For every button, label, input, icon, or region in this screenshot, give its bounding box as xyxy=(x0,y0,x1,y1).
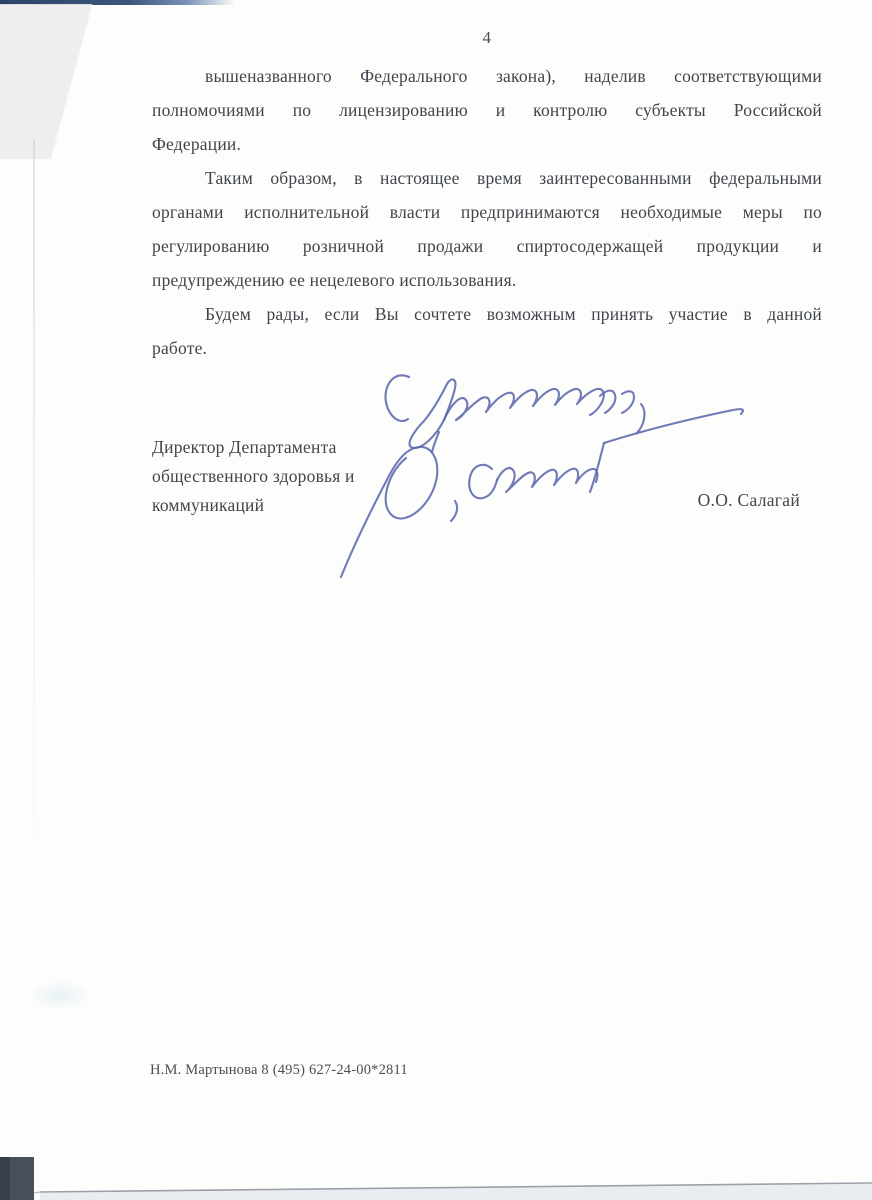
text-line: регулированию розничной продажи спиртосо… xyxy=(152,229,822,263)
scan-artifact-left-edge xyxy=(33,140,35,900)
letter-body: вышеназванного Федерального закона), над… xyxy=(152,59,822,365)
text-line: Федерации. xyxy=(152,127,822,161)
scanned-letter-page: 4 вышеназванного Федерального закона), н… xyxy=(0,0,872,1200)
text-line: вышеназванного Федерального закона), над… xyxy=(152,59,822,93)
scan-artifact-bottom-edge xyxy=(0,1150,872,1200)
text-line: полномочиями по лицензированию и контрол… xyxy=(152,93,822,127)
text-line: предупреждению ее нецелевого использован… xyxy=(152,263,822,297)
page-number: 4 xyxy=(152,28,822,48)
executor-contact: Н.М. Мартынова 8 (495) 627-24-00*2811 xyxy=(150,1062,408,1079)
handwritten-signature xyxy=(330,358,762,590)
text-line: органами исполнительной власти предприни… xyxy=(152,195,822,229)
text-line: Будем рады, если Вы сочтете возможным пр… xyxy=(152,297,822,331)
scan-artifact-smudge xyxy=(28,980,92,1010)
text-line: Таким образом, в настоящее время заинтер… xyxy=(152,161,822,195)
scan-artifact-corner-shade xyxy=(0,4,125,159)
